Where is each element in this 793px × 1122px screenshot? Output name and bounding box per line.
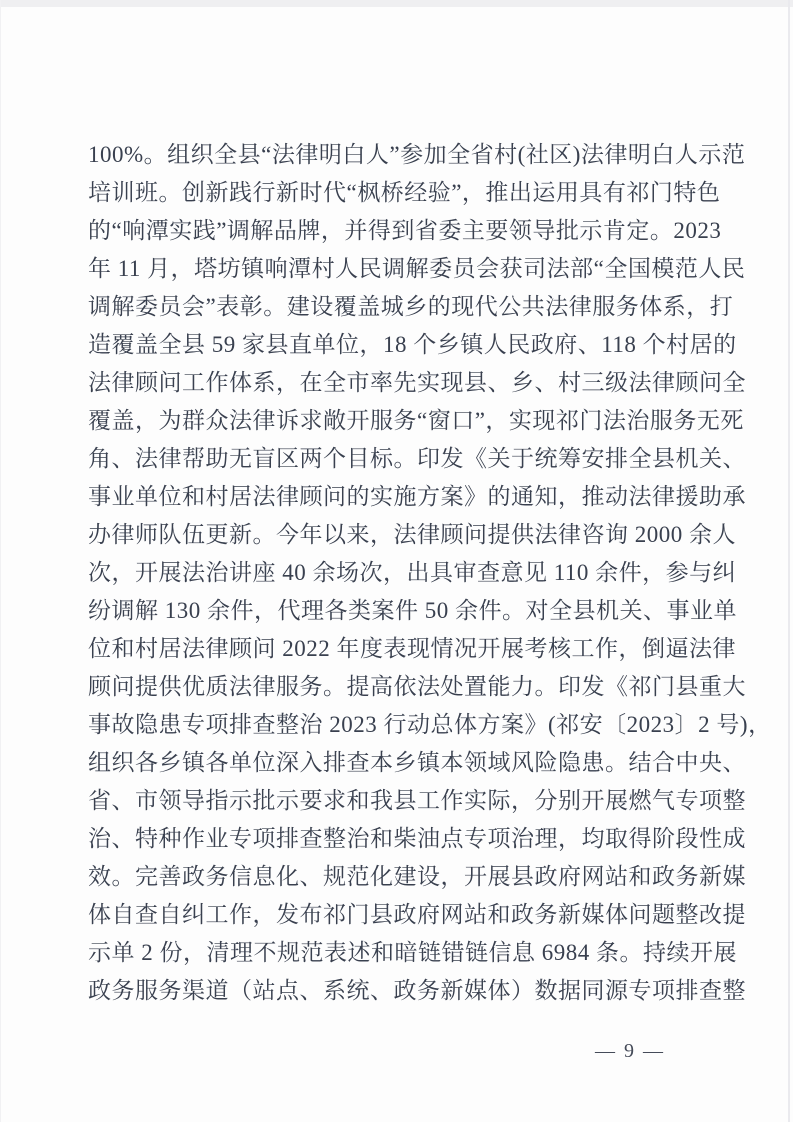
text-line: 年 11 月，塔坊镇响潭村人民调解委员会获司法部“全国模范人民 xyxy=(88,250,710,288)
text-line: 示单 2 份，清理不规范表述和暗链错链信息 6984 条。持续开展 xyxy=(88,934,710,972)
text-line: 纷调解 130 余件，代理各类案件 50 余件。对全县机关、事业单 xyxy=(88,592,710,630)
text-line: 覆盖，为群众法律诉求敞开服务“窗口”，实现祁门法治服务无死 xyxy=(88,402,710,440)
text-line: 调解委员会”表彰。建设覆盖城乡的现代公共法律服务体系，打 xyxy=(88,288,710,326)
text-line: 治、特种作业专项排查整治和柴油点专项治理，均取得阶段性成 xyxy=(88,820,710,858)
text-line: 政务服务渠道（站点、系统、政务新媒体）数据同源专项排查整 xyxy=(88,972,710,1010)
document-page: 100%。组织全县“法律明白人”参加全省村(社区)法律明白人示范培训班。创新践行… xyxy=(0,0,793,1122)
text-line: 造覆盖全县 59 家县直单位，18 个乡镇人民政府、118 个村居的 xyxy=(88,326,710,364)
text-line: 效。完善政务信息化、规范化建设，开展县政府网站和政务新媒 xyxy=(88,858,710,896)
scan-left-edge xyxy=(0,0,1,1122)
text-line: 办律师队伍更新。今年以来，法律顾问提供法律咨询 2000 余人 xyxy=(88,516,710,554)
text-line: 培训班。创新践行新时代“枫桥经验”，推出运用具有祁门特色 xyxy=(88,174,710,212)
text-line: 次，开展法治讲座 40 余场次，出具审查意见 110 余件，参与纠 xyxy=(88,554,710,592)
text-line: 省、市领导指示批示要求和我县工作实际，分别开展燃气专项整 xyxy=(88,782,710,820)
document-text-block: 100%。组织全县“法律明白人”参加全省村(社区)法律明白人示范培训班。创新践行… xyxy=(88,136,710,1010)
text-line: 事业单位和村居法律顾问的实施方案》的通知，推动法律援助承 xyxy=(88,478,710,516)
text-line: 组织各乡镇各单位深入排查本乡镇本领域风险隐患。结合中央、 xyxy=(88,744,710,782)
text-line: 的“响潭实践”调解品牌，并得到省委主要领导批示肯定。2023 xyxy=(88,212,710,250)
page-number: — 9 — xyxy=(560,1038,700,1064)
text-line: 角、法律帮助无盲区两个目标。印发《关于统筹安排全县机关、 xyxy=(88,440,710,478)
text-line: 顾问提供优质法律服务。提高依法处置能力。印发《祁门县重大 xyxy=(88,668,710,706)
scan-right-edge xyxy=(788,0,790,1122)
text-line: 体自查自纠工作，发布祁门县政府网站和政务新媒体问题整改提 xyxy=(88,896,710,934)
text-line: 法律顾问工作体系，在全市率先实现县、乡、村三级法律顾问全 xyxy=(88,364,710,402)
text-line: 事故隐患专项排查整治 2023 行动总体方案》(祁安〔2023〕2 号)， xyxy=(88,706,710,744)
text-line: 100%。组织全县“法律明白人”参加全省村(社区)法律明白人示范 xyxy=(88,136,710,174)
scan-top-edge xyxy=(0,0,793,7)
text-line: 位和村居法律顾问 2022 年度表现情况开展考核工作，倒逼法律 xyxy=(88,630,710,668)
